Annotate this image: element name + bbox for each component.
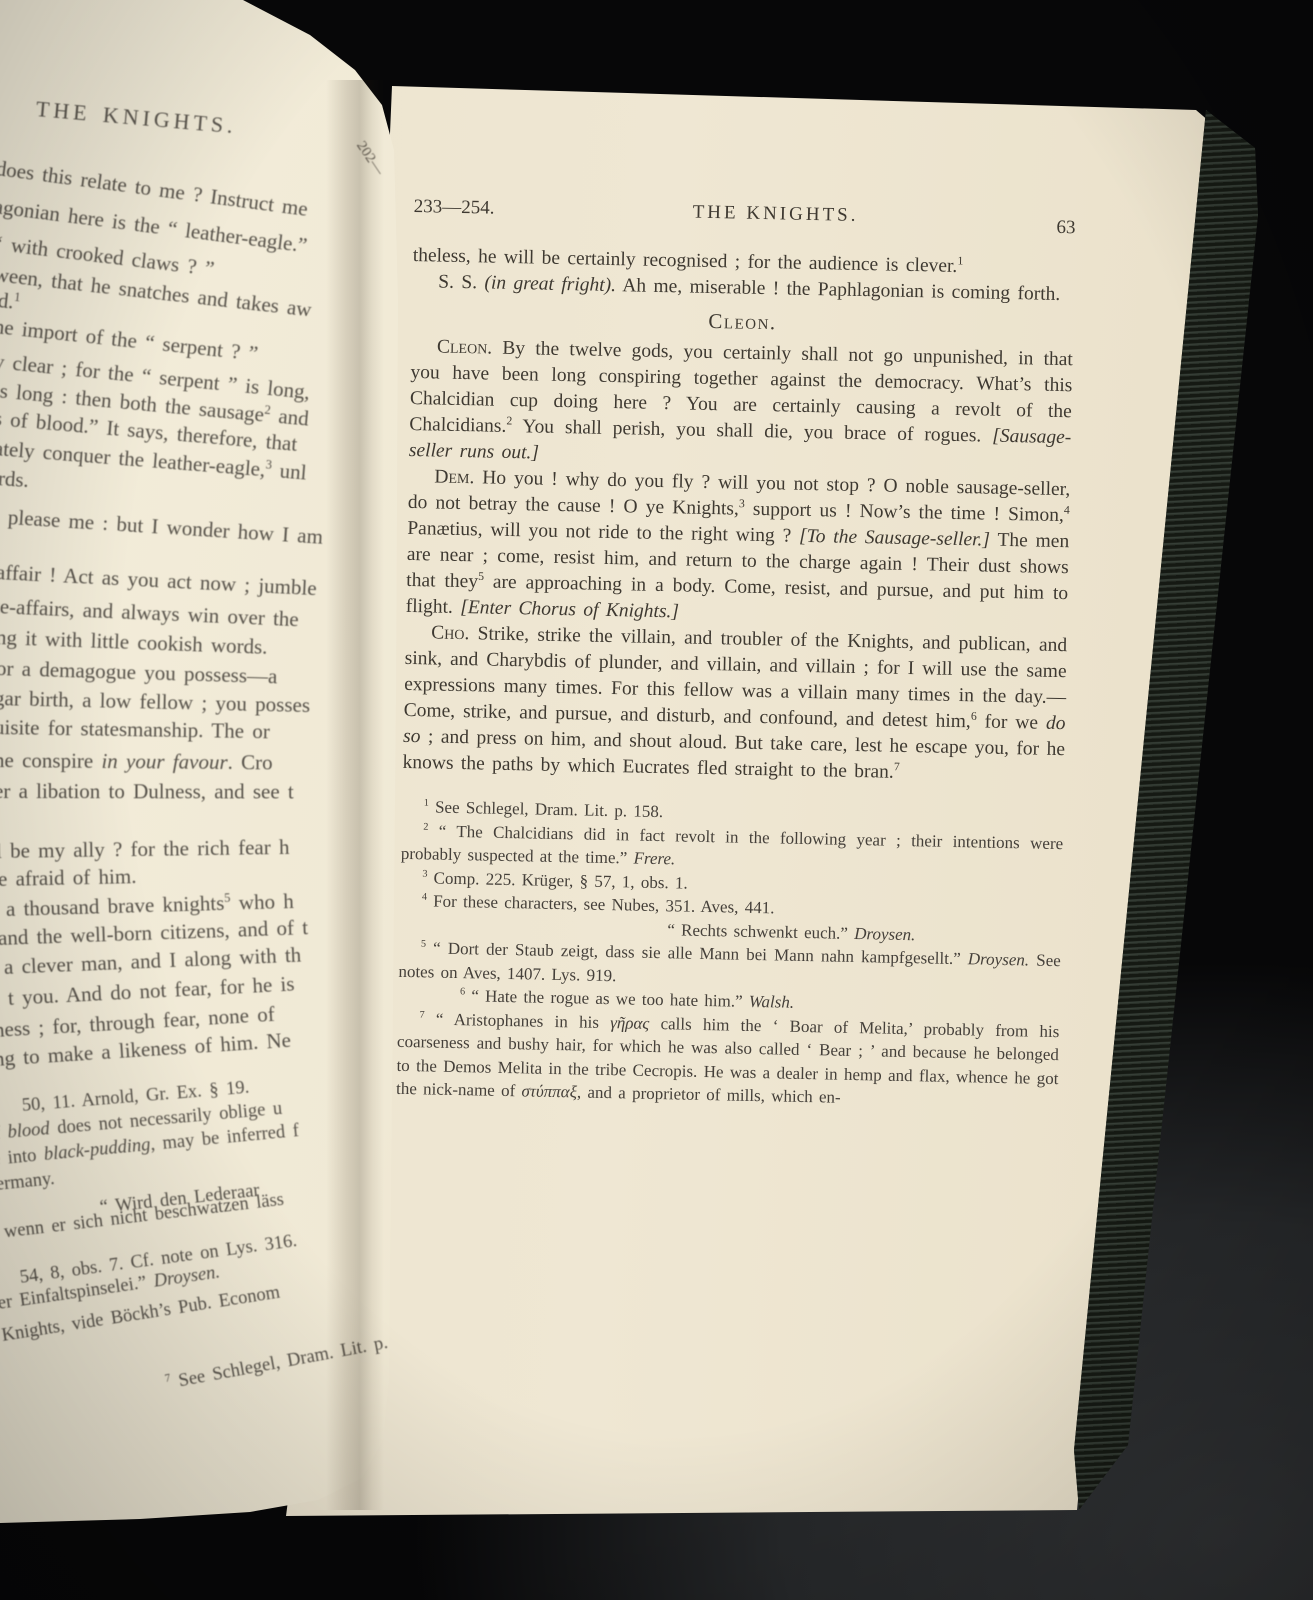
text-segment: S. S. [438,272,485,294]
text-segment: e into [0,1145,45,1170]
text-segment: You shall perish, you shall die, you bra… [512,416,992,447]
running-title: THE KNIGHTS. [692,202,858,227]
dialogue-paragraph: Cho. Strike, strike the villain, and tro… [402,620,1067,789]
text-segment: “ Aristophanes in his [424,1009,610,1032]
text-segment: and [269,403,310,430]
gutter-shadow [326,80,384,1510]
right-page-header: 233—254. THE KNIGHTS. 63 [414,196,1076,231]
left-page-line: rds. [0,466,30,493]
text-segment: . Cro [228,750,273,774]
text-segment: [To the Sausage-seller.] [799,526,990,551]
text-segment: for we [976,711,1046,733]
text-segment: affair ! Act as you act now ; jumble [0,560,317,600]
text-segment: , and a proprietor of mills, which en- [577,1082,841,1106]
text-segment: γῆρας [610,1013,649,1033]
left-page-line: er a libation to Dulness, and see t [0,779,294,805]
left-page-line: ne conspire in your favour. Cro [0,748,273,775]
text-segment: support us ! Now’s the time ! Simon, [744,499,1064,526]
text-segment: ne conspire [0,748,102,773]
text-segment: στύππαξ [521,1081,577,1101]
left-page-line: uisite for statesmanship. The or [0,715,270,744]
text-segment: THE KNIGHTS. [35,96,238,138]
text-segment: black-pudding [43,1135,151,1165]
dialogue-paragraph: Dem. Ho you ! why do you fly ? will you … [405,464,1070,633]
left-page-line: e afraid of him. [0,864,137,892]
text-segment: Droysen. [854,923,916,943]
text-segment: please me : but I wonder how I am [7,505,323,549]
text-segment: er a libation to Dulness, and see t [0,779,294,804]
text-segment: 1 [957,254,963,267]
left-page-line: ng it with little cookish words. [0,625,268,660]
text-segment: 7 [894,760,900,773]
left-page-line: d.1 [0,288,21,315]
text-segment: l be my ally ? for the rich fear h [0,835,290,863]
text-segment: See Schlegel, Dram. Lit. p. 158. [429,797,664,821]
left-page-line: please me : but I wonder how I am [7,505,324,550]
text-segment: a thousand brave knights [6,891,225,921]
text-segment: te-affairs, and always win over the [0,594,299,631]
footnote: 7 “ Aristophanes in his γῆρας calls him … [396,1006,1060,1113]
text-segment: 4 [1064,504,1070,517]
text-segment: Panætius, will you not ride to the right… [407,518,799,547]
left-page-line: gar birth, a low fellow ; you posses [0,686,310,718]
left-page-line: ermany. [0,1169,56,1196]
right-page-footnotes: 1 See Schlegel, Dram. Lit. p. 158.2 “ Th… [396,795,1064,1114]
left-page-line: l be my ally ? for the rich fear h [0,835,290,864]
text-segment: unl [271,458,308,485]
left-page-line: affair ! Act as you act now ; jumble [0,560,317,601]
left-page-line: THE KNIGHTS. [35,96,238,139]
text-segment: ermany. [0,1169,56,1195]
right-page-body: theless, he will be certainly recognised… [402,243,1075,789]
text-segment: (in great fright). [484,272,616,296]
page-number: 63 [1056,217,1075,239]
left-page-line: or a demagogue you possess—a [0,656,278,689]
text-segment: ; and press on him, and shout aloud. But… [402,726,1065,783]
text-segment: Droysen. [968,949,1030,969]
text-segment: Cho. [431,622,470,644]
text-segment: Walsh. [749,992,795,1012]
book-photograph: 233—254. THE KNIGHTS. 63 theless, he wil… [0,0,1313,1600]
text-segment: Strike, strike the villain, and troubler… [403,623,1067,732]
text-segment: gar birth, a low fellow ; you posses [0,686,310,717]
dialogue-paragraph: Cleon. By the twelve gods, you certainly… [409,334,1073,477]
text-segment: uisite for statesmanship. The or [0,715,270,743]
text-segment: ng it with little cookish words. [0,625,268,659]
line-range-reference: 233—254. [414,196,495,220]
text-segment: Cleon. [437,336,493,358]
text-segment: Comp. 225. Krüger, § 57, 1, obs. 1. [427,868,688,892]
text-segment: or a demagogue you possess—a [0,656,278,688]
text-segment: For these characters, see Nubes, 351. Av… [427,891,775,917]
text-segment: “ Rechts schwenkt euch.” [667,920,854,943]
text-segment: blood [7,1119,51,1143]
text-segment: Frere. [633,849,675,869]
text-segment: “ Hate the rogue as we too hate him.” [465,986,749,1011]
text-segment: Dem. [434,466,474,488]
text-segment: rds. [0,466,30,492]
text-segment: who h [230,889,294,915]
text-segment: 1 [13,290,21,305]
text-segment: [Enter Chorus of Knights.] [460,597,679,622]
right-page-text-block: 233—254. THE KNIGHTS. 63 theless, he wil… [396,196,1076,1114]
text-segment: e afraid of him. [0,864,137,891]
text-segment: in your favour [101,749,227,774]
